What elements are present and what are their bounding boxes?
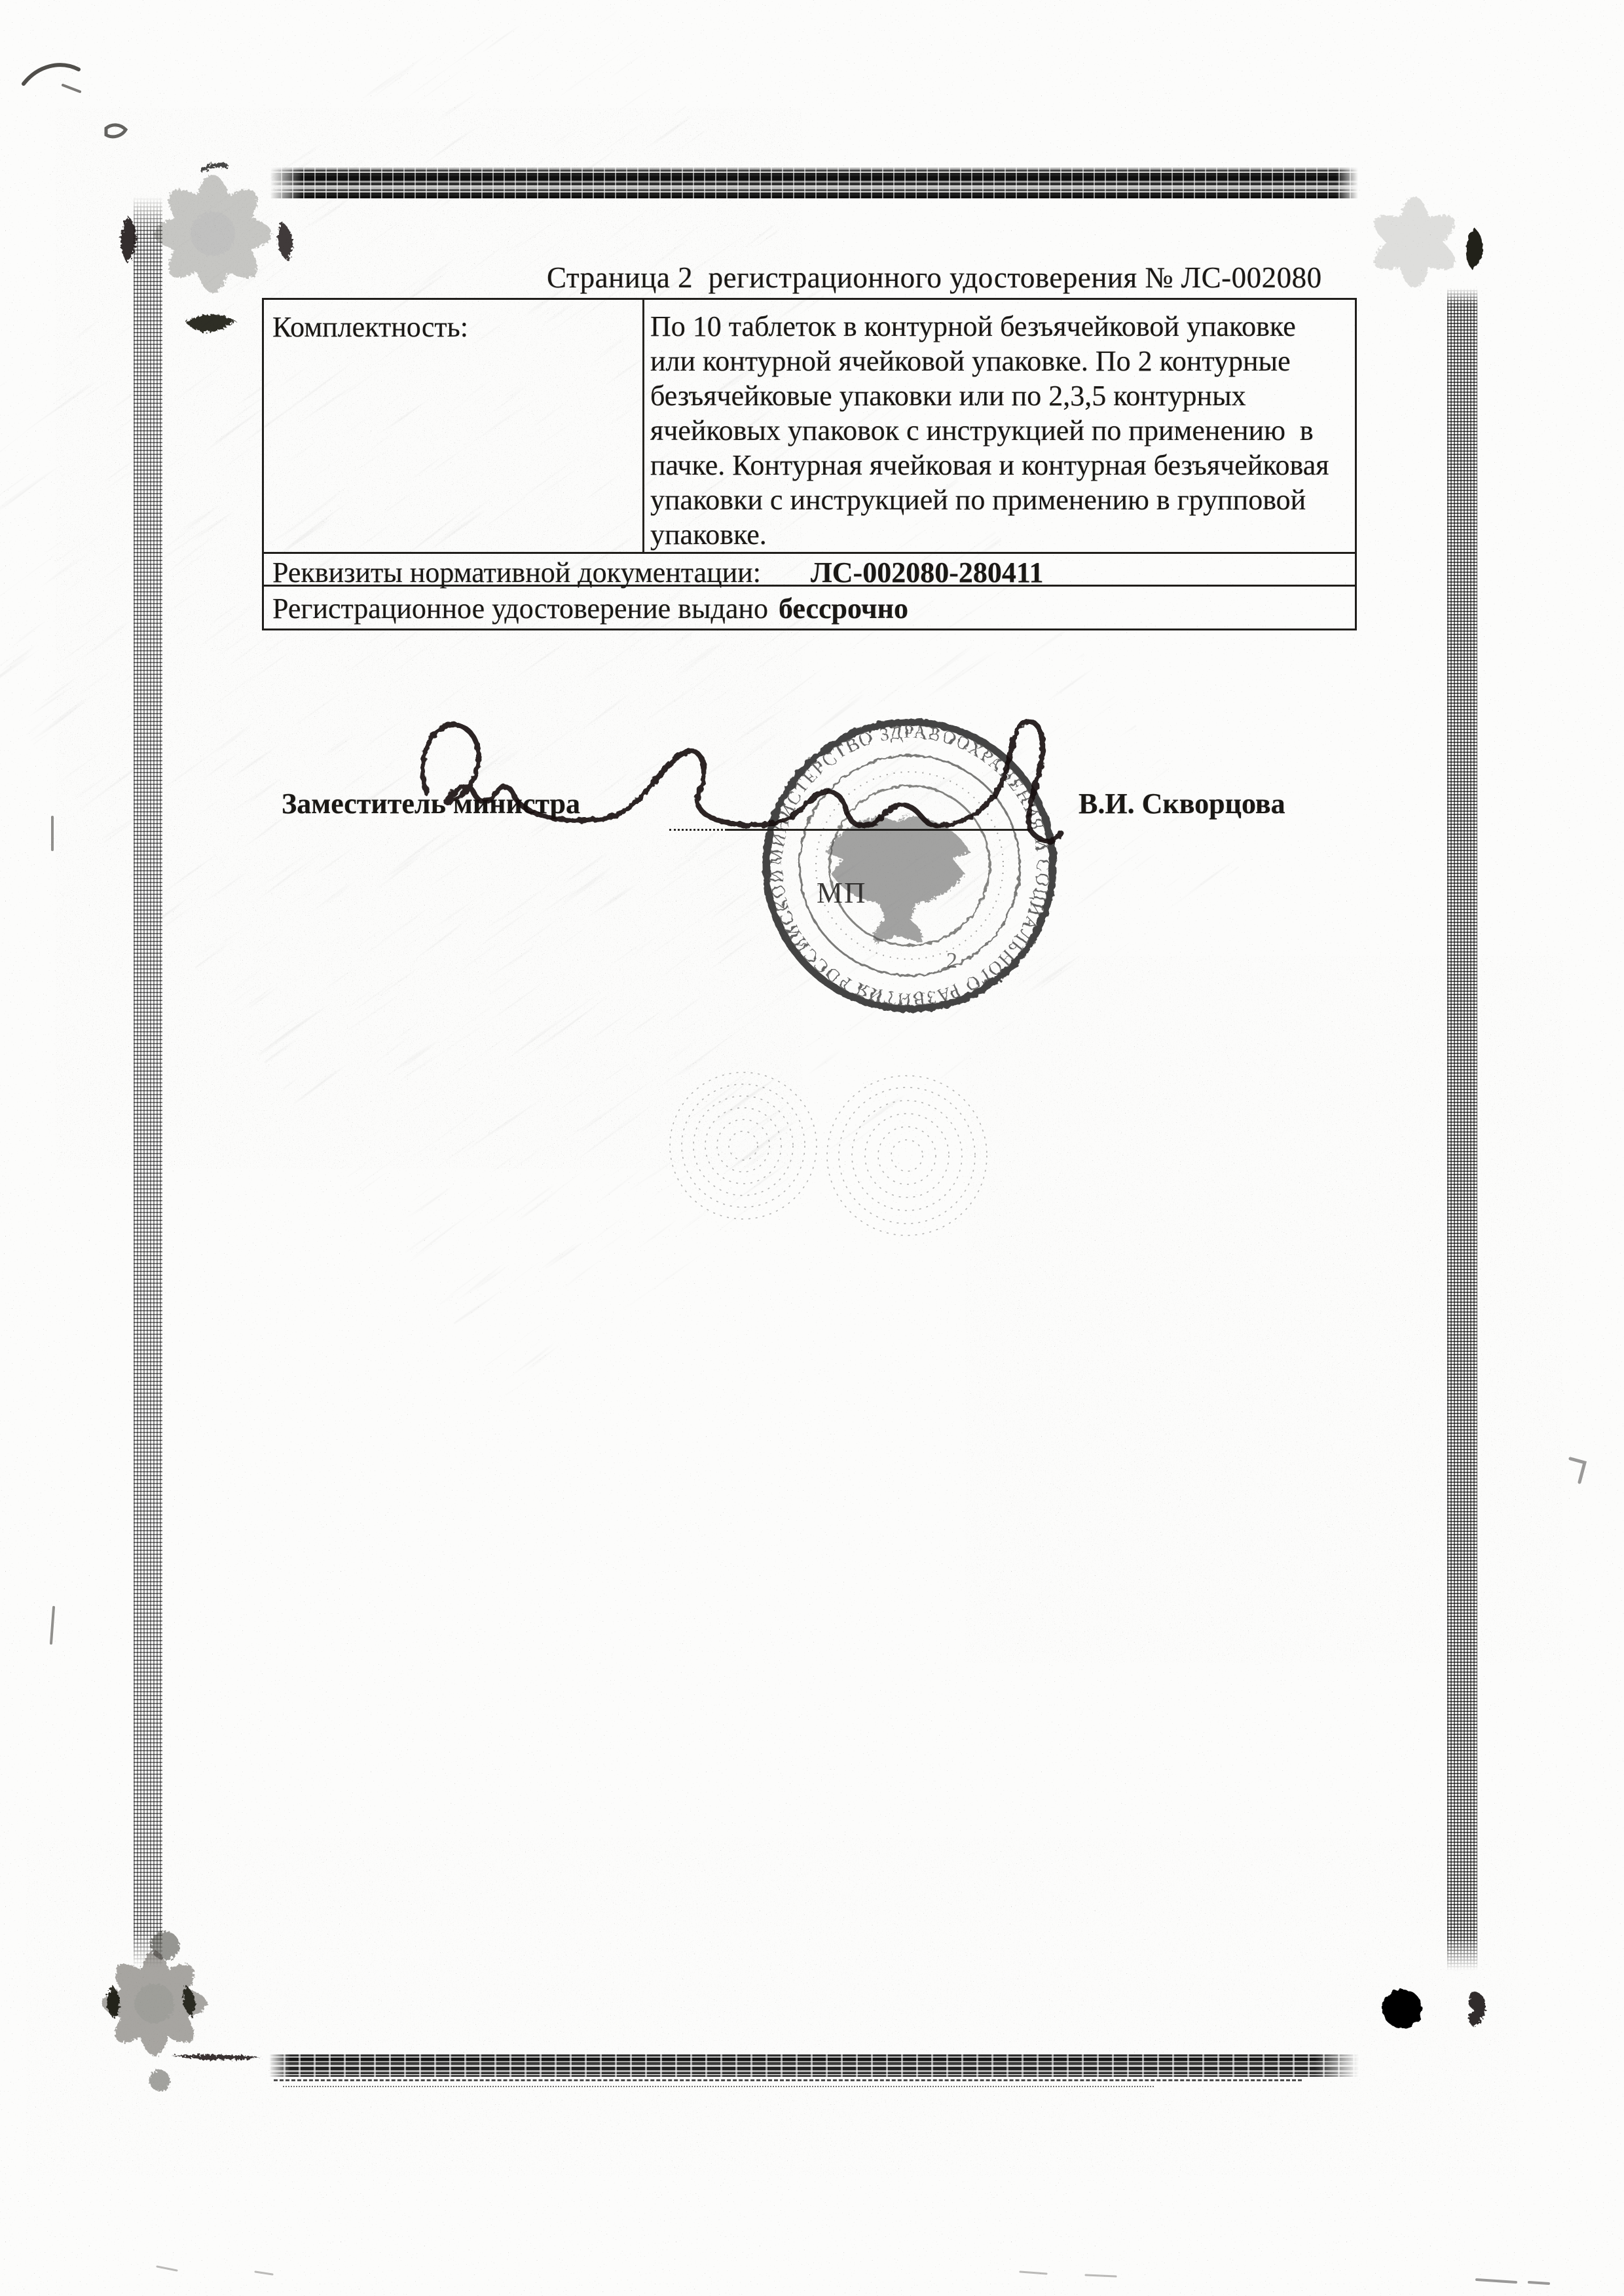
registration-table: Комплектность: По 10 таблеток в контурно… (262, 298, 1357, 630)
signatory-name: В.И. Скворцова (1079, 787, 1285, 820)
scan-noise-patch (151, 1866, 1395, 2147)
rosette-bottom-left-ornament (102, 1931, 261, 2091)
border-band-top (270, 168, 1358, 198)
ink-blot (1468, 1992, 1485, 2027)
requisites-label: Реквизиты нормативной документации: (264, 556, 811, 589)
value-line: или контурной ячейковой упаковке. По 2 к… (650, 344, 1352, 378)
signature-line (727, 829, 1030, 831)
komplektnost-value: По 10 таблеток в контурной безъячейковой… (642, 300, 1355, 552)
diagonal-moire (0, 67, 1122, 1277)
certificate-page: Страница 2 регистрационного удостоверени… (0, 0, 1624, 2296)
minister-signature-stroke (423, 721, 1061, 841)
komplektnost-label: Комплектность: (264, 300, 642, 552)
value-line: упаковке. (650, 517, 1352, 552)
border-band-bottom (268, 2054, 1359, 2077)
seal-number: 2 (946, 949, 957, 973)
place-of-seal-mark: МП (817, 876, 867, 910)
value-line: ячейковых упаковок с инструкцией по прим… (650, 413, 1352, 448)
table-row-validity: Регистрационное удостоверение выданобесс… (264, 587, 1355, 629)
signature-line (669, 829, 727, 831)
value-line: По 10 таблеток в контурной безъячейковой… (650, 309, 1352, 344)
value-line: пачке. Контурная ячейковая и контурная б… (650, 448, 1352, 483)
value-line: безъячейковые упаковки или по 2,3,5 конт… (650, 378, 1352, 413)
punch-hole-dot (1382, 1989, 1422, 2028)
page-title: Страница 2 регистрационного удостоверени… (547, 261, 1322, 295)
border-band-bottom-echo (274, 2079, 1302, 2081)
table-row-requisites: Реквизиты нормативной документации: ЛС-0… (264, 554, 1355, 587)
validity-text: Регистрационное удостоверение выдано (272, 592, 768, 625)
rosette-top-right-ornament (1366, 196, 1483, 288)
scan-noise-patch (1015, 1015, 1513, 1604)
border-band-right (1447, 288, 1477, 1971)
signatory-position: Заместитель министра (282, 787, 580, 820)
ripple-watermark (670, 1072, 987, 1235)
table-row-komplektnost: Комплектность: По 10 таблеток в контурно… (264, 300, 1355, 554)
border-band-bottom-echo (283, 2086, 1154, 2087)
requisites-value: ЛС-002080-280411 (811, 556, 1043, 589)
validity-term: бессрочно (779, 592, 908, 625)
border-band-left (134, 196, 162, 1967)
value-line: упаковки с инструкцией по применению в г… (650, 483, 1352, 517)
